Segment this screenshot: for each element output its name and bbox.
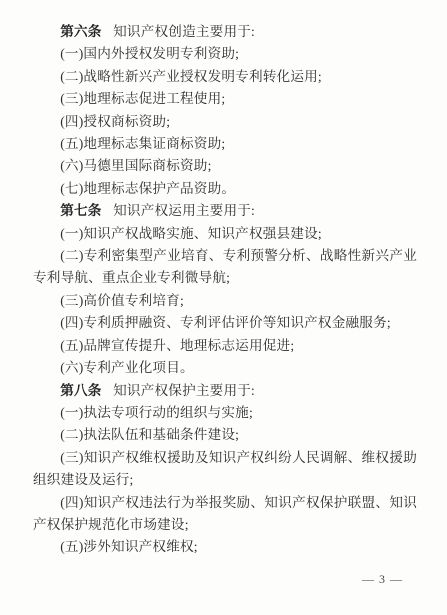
clause-item: (二)战略性新兴产业授权发明专利转化运用; — [33, 66, 417, 88]
article-number: 第八条 — [60, 383, 101, 398]
clause-item: (五)品牌宣传提升、地理标志运用促进; — [33, 335, 417, 357]
clause-item: (二)执法队伍和基础条件建设; — [33, 424, 417, 446]
article-title: 知识产权保护主要用于: — [113, 383, 255, 398]
clause-item: (二)专利密集型产业培育、专利预警分析、战略性新兴产业专利导航、重点企业专利微导… — [33, 245, 417, 290]
clause-item: (三)高价值专利培育; — [33, 290, 417, 312]
clause-item: (五)涉外知识产权维权; — [33, 536, 417, 558]
clause-item: (三)知识产权维权援助及知识产权纠纷人民调解、维权援助组织建设及运行; — [33, 447, 417, 492]
clause-item: (五)地理标志集证商标资助; — [33, 133, 417, 155]
clause-item: (一)知识产权战略实施、知识产权强县建设; — [33, 223, 417, 245]
clause-item: (七)地理标志保护产品资助。 — [33, 178, 417, 200]
clause-item: (一)国内外授权发明专利资助; — [33, 43, 417, 65]
clause-item: (一)执法专项行动的组织与实施; — [33, 402, 417, 424]
article-title: 知识产权创造主要用于: — [113, 24, 255, 39]
page-number: — 3 — — [362, 572, 403, 587]
clause-item: (四)授权商标资助; — [33, 111, 417, 133]
article-heading: 第六条知识产权创造主要用于: — [33, 21, 417, 43]
article-heading: 第八条知识产权保护主要用于: — [33, 380, 417, 402]
article-number: 第六条 — [60, 24, 101, 39]
article-title: 知识产权运用主要用于: — [113, 203, 255, 218]
article-heading: 第七条知识产权运用主要用于: — [33, 200, 417, 222]
clause-item: (四)知识产权违法行为举报奖励、知识产权保护联盟、知识产权保护规范化市场建设; — [33, 492, 417, 537]
article-number: 第七条 — [60, 203, 101, 218]
document-body: 第六条知识产权创造主要用于: (一)国内外授权发明专利资助; (二)战略性新兴产… — [33, 21, 417, 559]
clause-item: (三)地理标志促进工程使用; — [33, 88, 417, 110]
clause-item: (六)马德里国际商标资助; — [33, 155, 417, 177]
clause-item: (六)专利产业化项目。 — [33, 357, 417, 379]
clause-item: (四)专利质押融资、专利评估评价等知识产权金融服务; — [33, 312, 417, 334]
document-page: 第六条知识产权创造主要用于: (一)国内外授权发明专利资助; (二)战略性新兴产… — [0, 0, 447, 615]
